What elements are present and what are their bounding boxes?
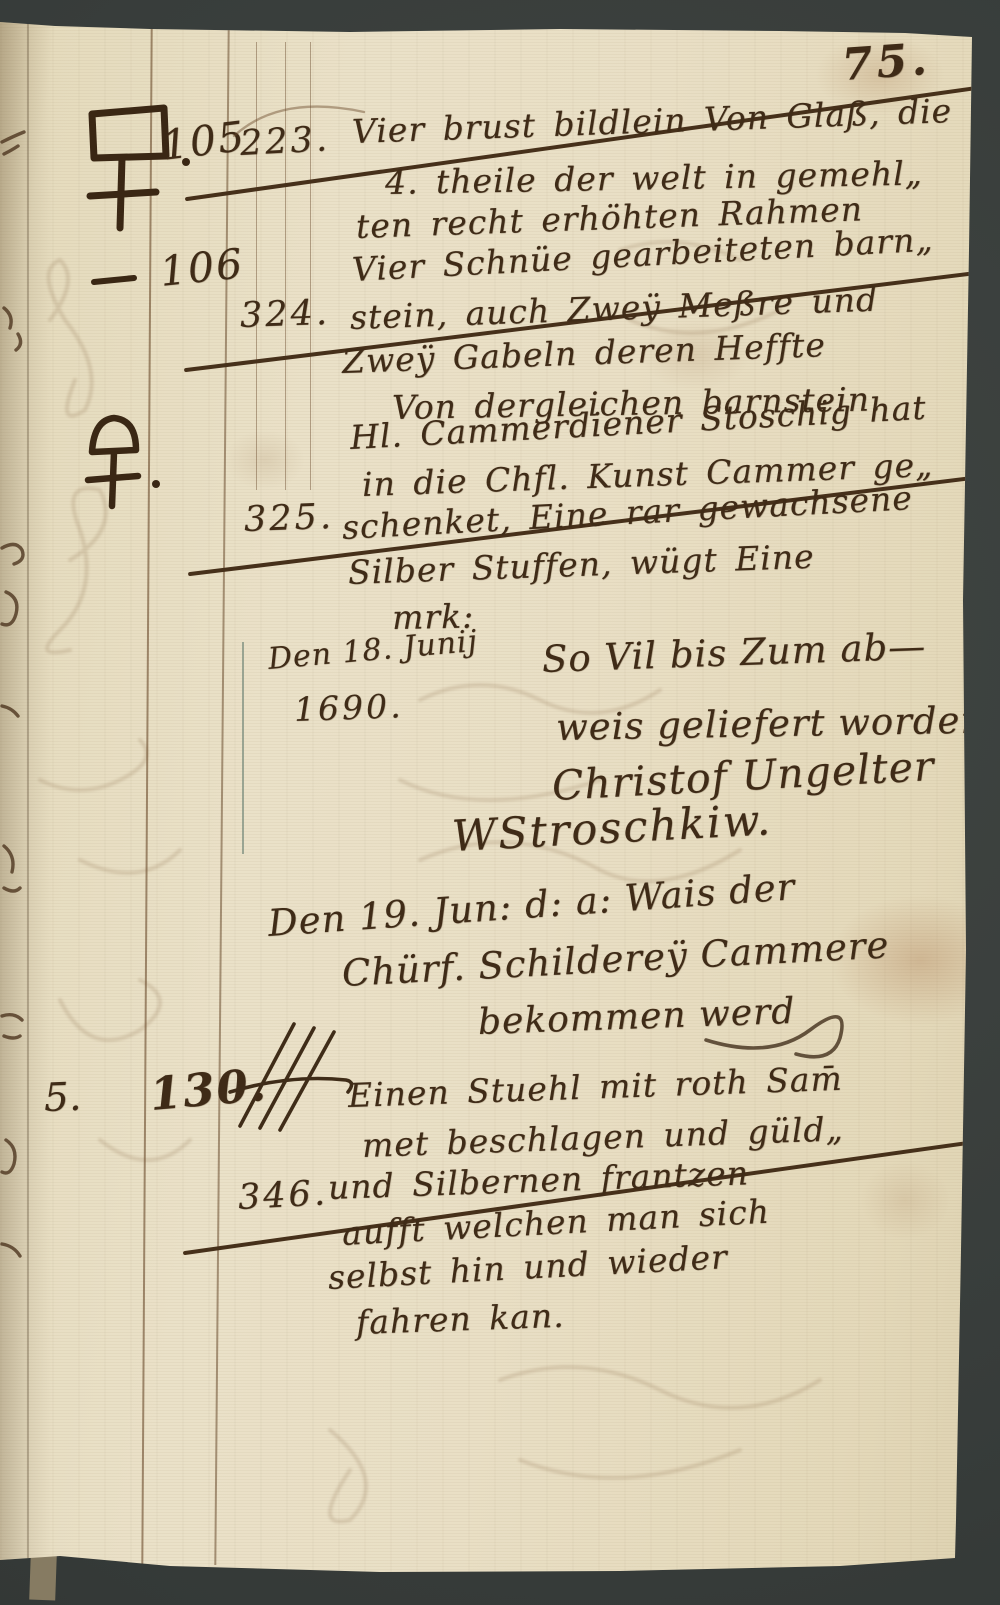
pen-flourish	[700, 980, 870, 1070]
cancellation-slashes	[228, 1016, 358, 1132]
edge-ink-fragments	[0, 0, 34, 1605]
entry-number: 106	[157, 239, 246, 296]
manuscript-photo: 75. 105 223. Vier brust bildlein Von Gla…	[0, 0, 1000, 1605]
folio-number: 75.	[840, 34, 932, 91]
triangle-on-cross-mark-icon	[80, 410, 170, 520]
pen-flourish	[230, 92, 370, 142]
date-line: 1690.	[293, 686, 404, 729]
entry-text-line: fahren kan.	[355, 1296, 565, 1342]
note-line: weis geliefert worden	[556, 699, 986, 749]
page-edge-fragment	[29, 1554, 57, 1601]
manuscript-page: 75. 105 223. Vier brust bildlein Von Gla…	[0, 0, 1000, 1605]
margin-number: 5.	[43, 1075, 82, 1121]
dash-mark-icon	[90, 270, 140, 290]
